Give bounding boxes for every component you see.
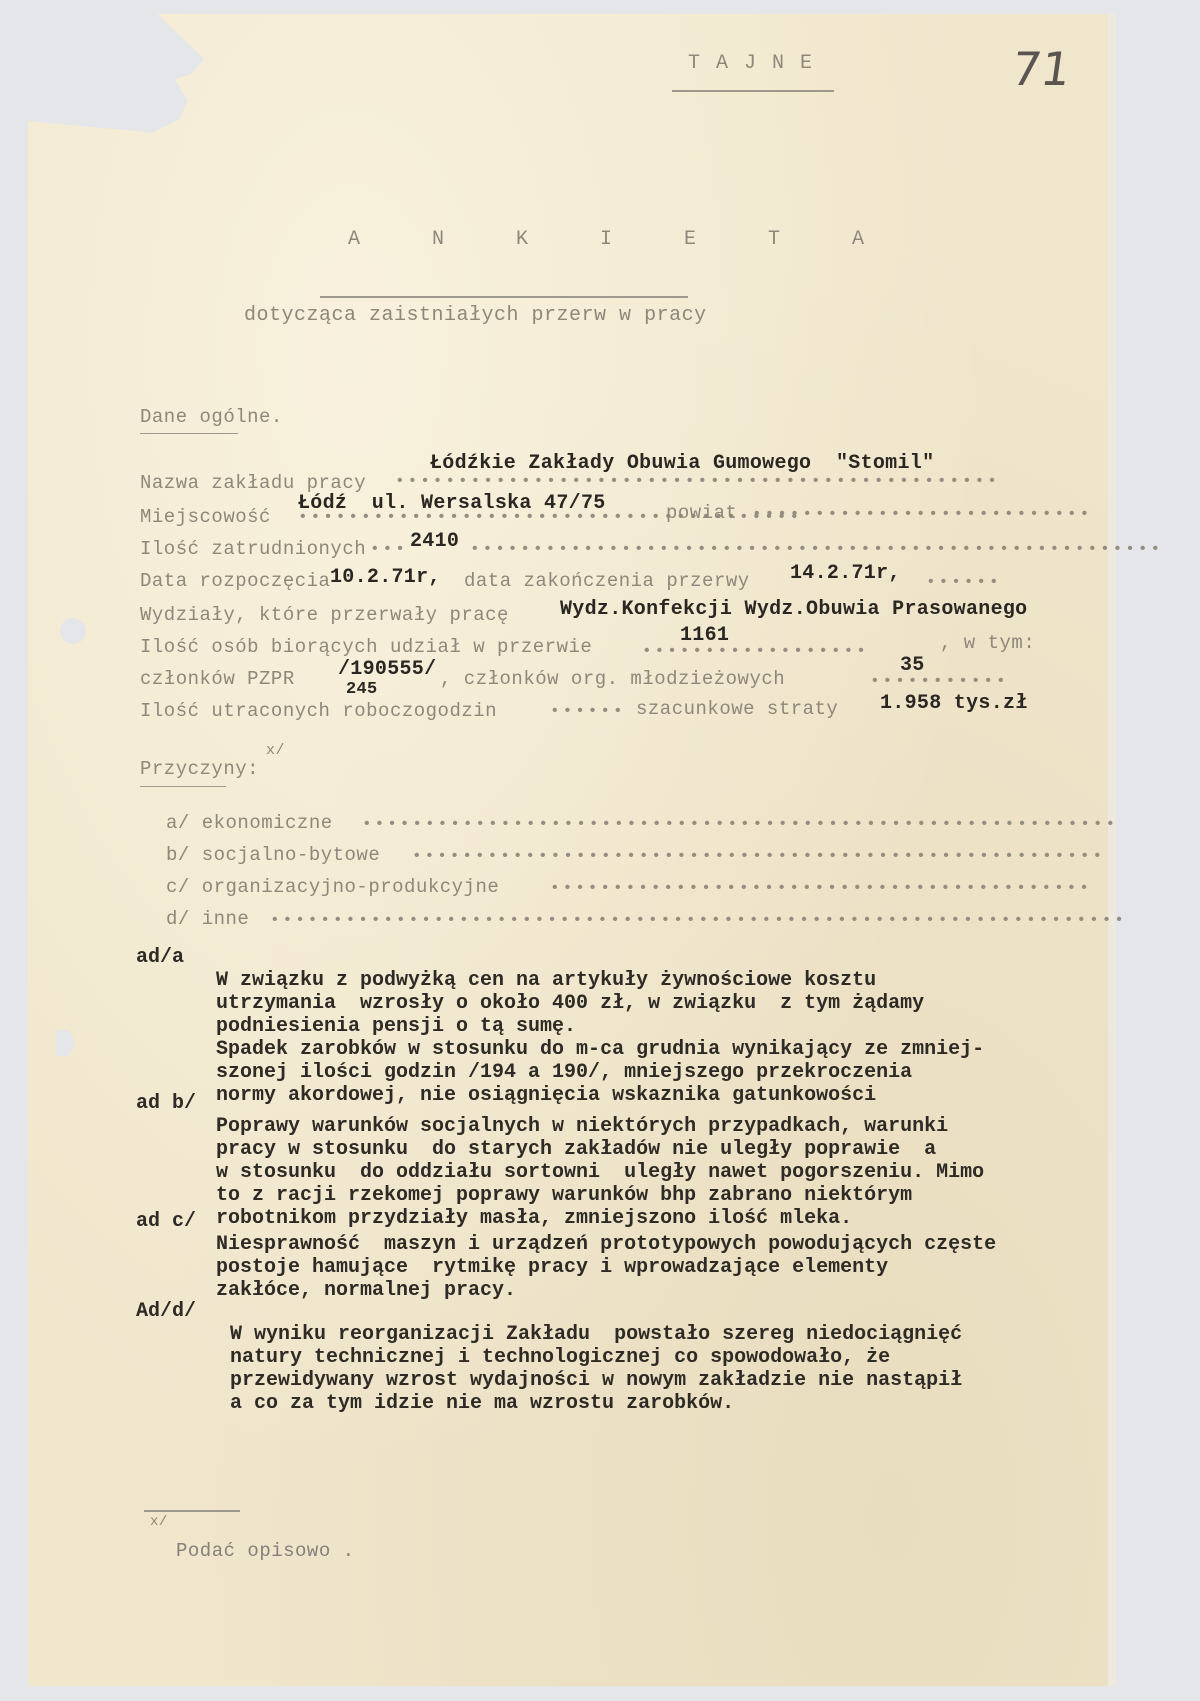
cause-item: a/ ekonomiczne xyxy=(166,812,333,834)
pzpr-label: członków PZPR xyxy=(140,668,295,690)
classification-underline xyxy=(672,90,834,92)
employees-label: Ilość zatrudnionych xyxy=(140,538,366,560)
start-date-label: Data rozpoczęcia xyxy=(140,570,330,592)
pzpr-correction: 245 xyxy=(346,680,378,699)
answer-line: natury technicznej i technologicznej co … xyxy=(230,1346,962,1369)
participants-label: Ilość osób biorących udział w przerwie xyxy=(140,636,592,658)
start-date-value: 10.2.71r, xyxy=(330,566,441,589)
answer-line: szonej ilości godzin /194 a 190/, mniejs… xyxy=(216,1061,984,1084)
answer-marker-a: ad/a xyxy=(136,946,184,969)
section-underline xyxy=(140,433,238,434)
losses-label: szacunkowe straty xyxy=(636,698,838,720)
causes-footnote-mark: x/ xyxy=(266,742,285,759)
answer-line: zakłóce, normalnej pracy. xyxy=(216,1279,996,1302)
section-underline xyxy=(140,786,226,787)
youth-label: , członków org. młodzieżowych xyxy=(440,668,785,690)
punch-hole xyxy=(56,1030,74,1056)
footnote-separator xyxy=(144,1510,240,1512)
section-heading-causes: Przyczyny: xyxy=(140,758,259,780)
answer-line: utrzymania wzrosły o około 400 zł, w zwi… xyxy=(216,992,984,1015)
employees-value: 2410 xyxy=(410,530,459,553)
end-date-label: data zakończenia przerwy xyxy=(464,570,750,592)
company-name-label: Nazwa zakładu pracy xyxy=(140,472,366,494)
county-label: powiat xyxy=(666,502,737,524)
answer-marker-c: ad c/ xyxy=(136,1210,196,1233)
end-date-value: 14.2.71r, xyxy=(790,562,901,585)
losses-value: 1.958 tys.zł xyxy=(880,692,1028,715)
answer-line: pracy w stosunku do starych zakładów nie… xyxy=(216,1138,984,1161)
section-heading-general: Dane ogólne. xyxy=(140,406,283,428)
participants-suffix: , w tym: xyxy=(940,632,1035,654)
punch-hole xyxy=(60,618,86,644)
answer-d-text: W wyniku reorganizacji Zakładu powstało … xyxy=(230,1300,962,1438)
departments-label: Wydziały, które przerwały pracę xyxy=(140,604,509,626)
locality-label: Miejscowość xyxy=(140,506,271,528)
answer-line: postoje hamujące rytmikę pracy i wprowad… xyxy=(216,1256,996,1279)
lost-hours-label: Ilość utraconych roboczogodzin xyxy=(140,700,497,722)
cause-item: b/ socjalno-bytowe xyxy=(166,844,380,866)
answer-line: W wyniku reorganizacji Zakładu powstało … xyxy=(230,1323,962,1346)
answer-line: W związku z podwyżką cen na artykuły żyw… xyxy=(216,969,984,992)
document-subtitle: dotycząca zaistniałych przerw w pracy xyxy=(244,304,707,327)
answer-line: podniesienia pensji o tą sumę. xyxy=(216,1015,984,1038)
answer-line: Poprawy warunków socjalnych w niektórych… xyxy=(216,1115,984,1138)
cause-item: c/ organizacyjno-produkcyjne xyxy=(166,876,499,898)
answer-line: przewidywany wzrost wydajności w nowym z… xyxy=(230,1369,962,1392)
classification-stamp: T A J N E xyxy=(688,52,814,75)
answer-line: Spadek zarobków w stosunku do m-ca grudn… xyxy=(216,1038,984,1061)
cause-item: d/ inne xyxy=(166,908,249,930)
pzpr-value: /190555/ xyxy=(338,658,436,681)
answer-marker-b: ad b/ xyxy=(136,1092,196,1115)
document-title: A N K I E T A xyxy=(348,228,894,251)
departments-value: Wydz.Konfekcji Wydz.Obuwia Prasowanego xyxy=(560,598,1027,621)
answer-line: Niesprawność maszyn i urządzeń prototypo… xyxy=(216,1233,996,1256)
answer-line: to z racji rzekomej poprawy warunków bhp… xyxy=(216,1184,984,1207)
page-edge xyxy=(1108,14,1116,1686)
answer-marker-d: Ad/d/ xyxy=(136,1300,196,1323)
handwritten-page-number: 71 xyxy=(1008,42,1074,96)
answer-line: w stosunku do oddziału sortowni uległy n… xyxy=(216,1161,984,1184)
answer-line: a co za tym idzie nie ma wzrostu zarobkó… xyxy=(230,1392,962,1415)
footnote-mark: x/ xyxy=(150,1514,168,1530)
title-underline xyxy=(320,296,688,298)
footnote-text: Podać opisowo . xyxy=(176,1540,355,1562)
